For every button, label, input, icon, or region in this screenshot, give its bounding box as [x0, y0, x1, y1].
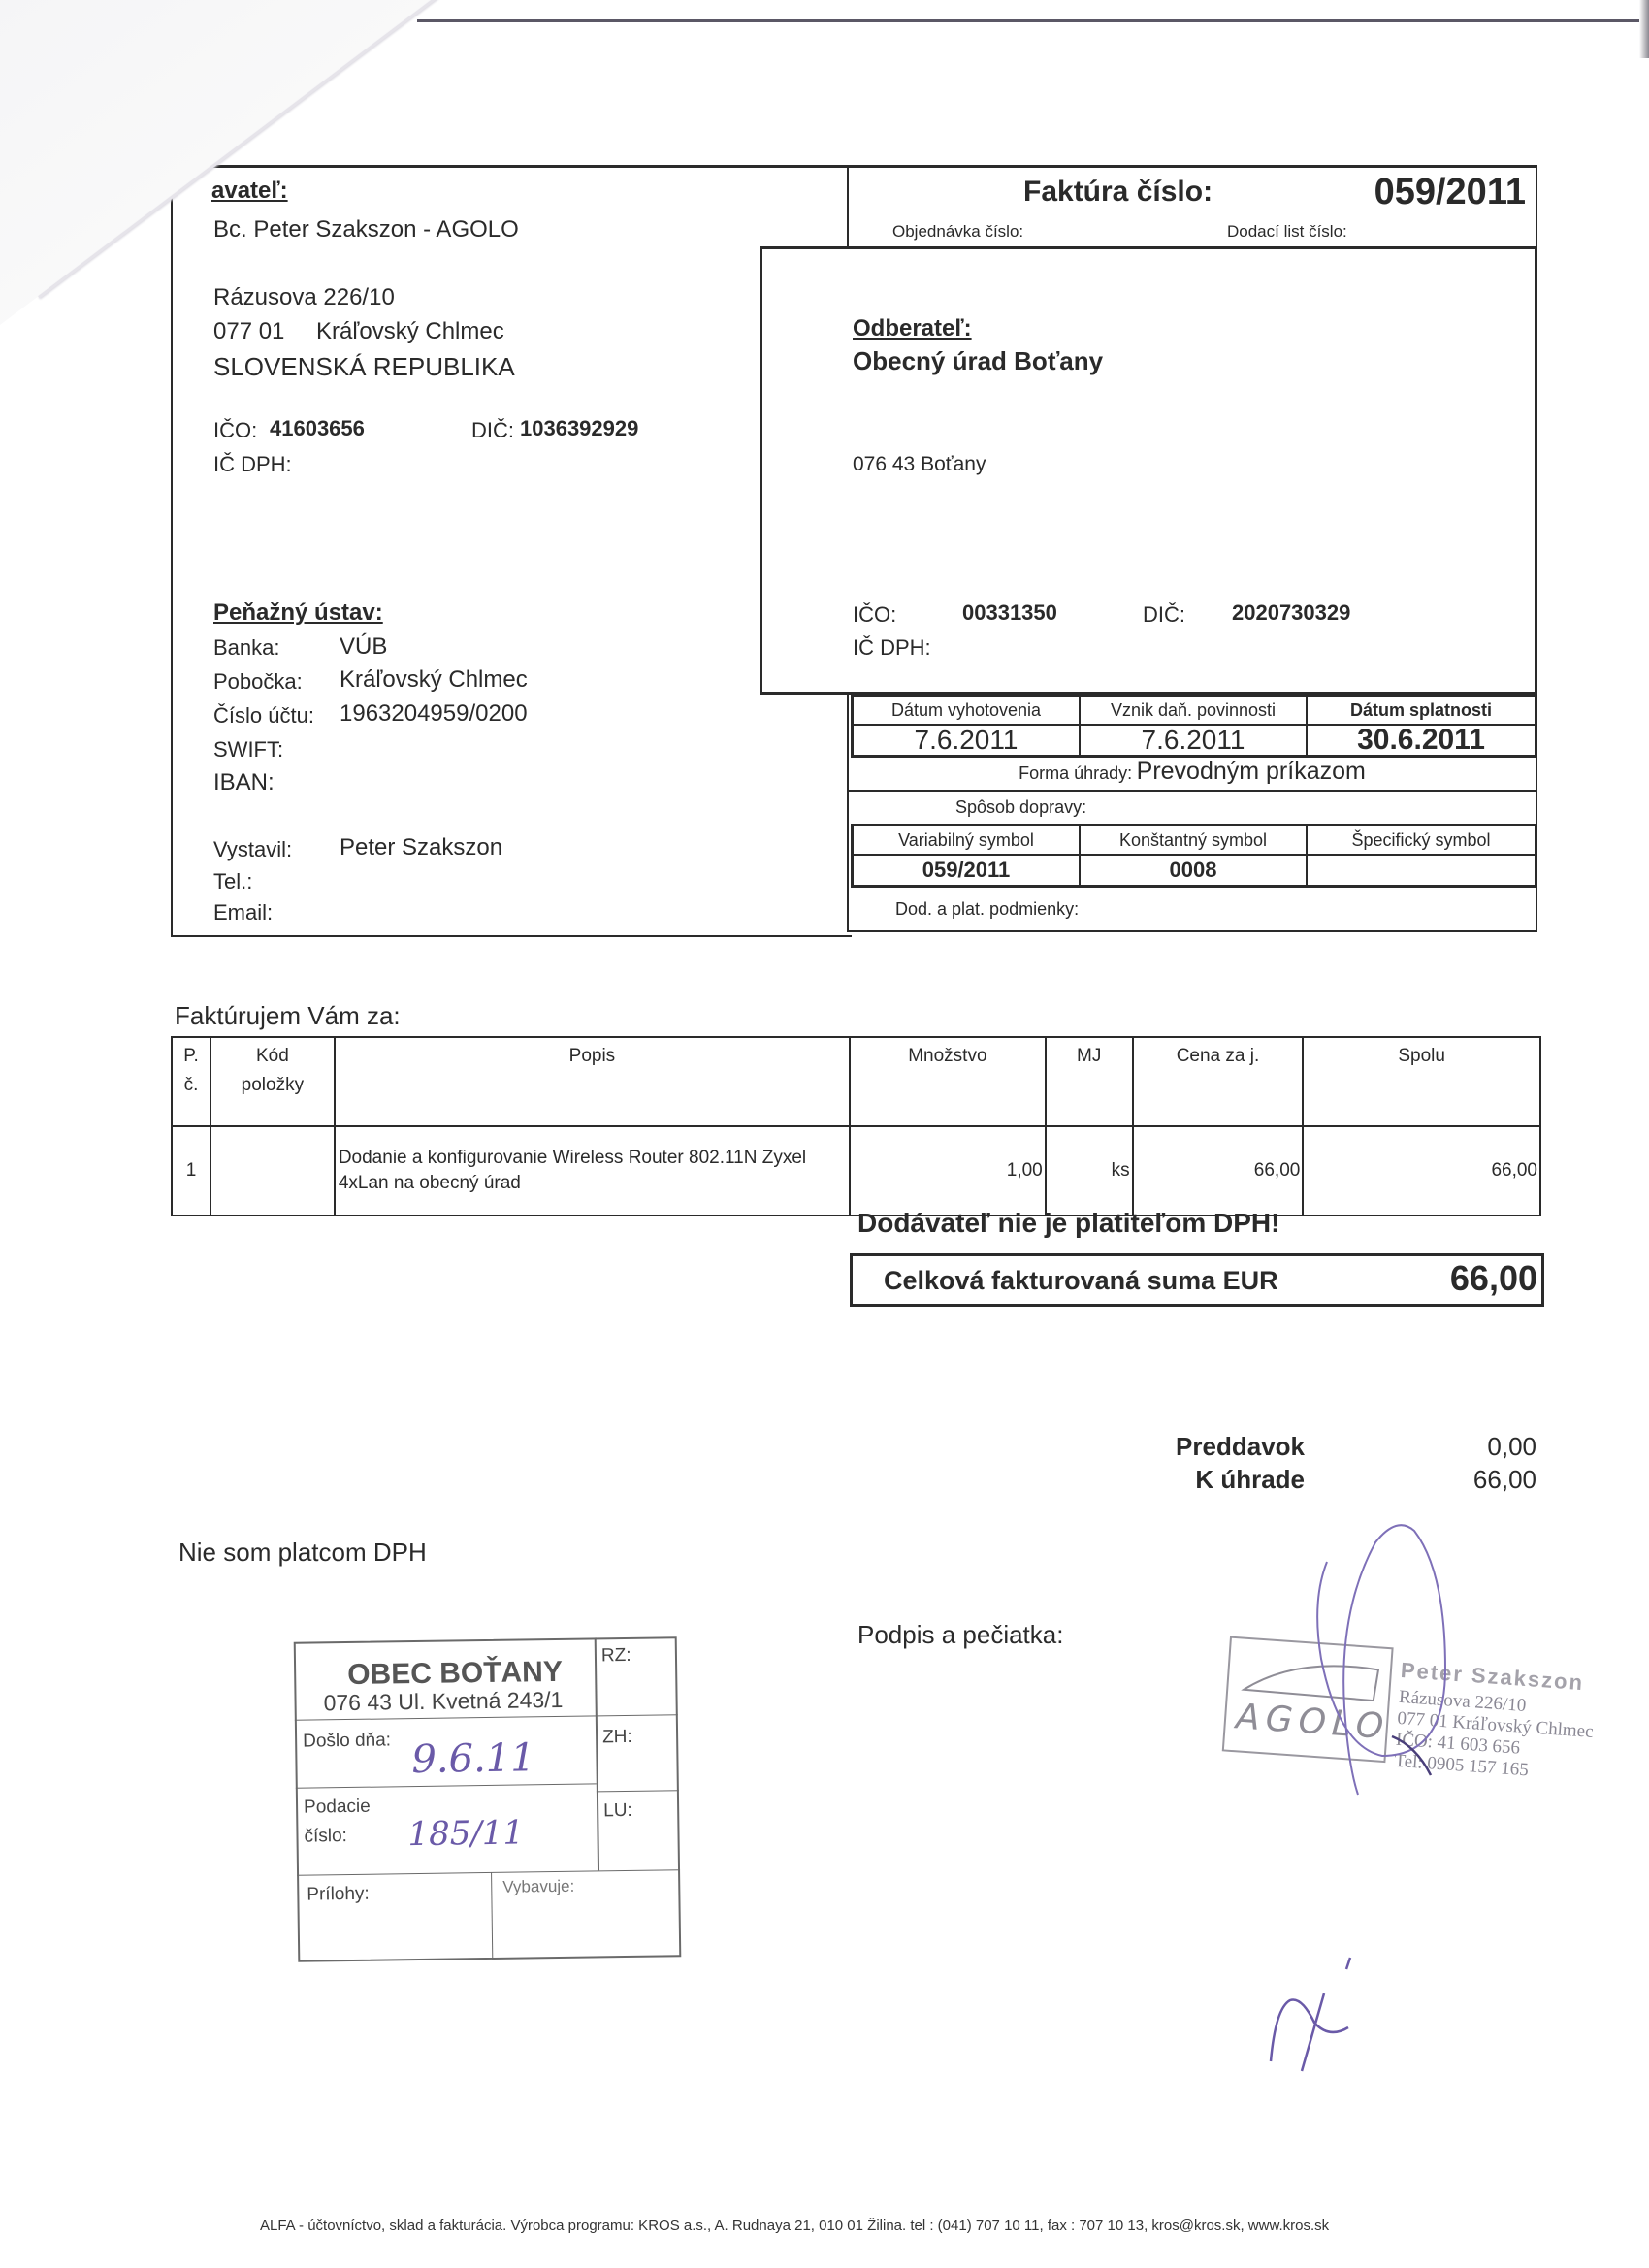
swift-label: SWIFT:: [213, 737, 283, 762]
total-box: Celková fakturovaná suma EUR 66,00: [850, 1253, 1544, 1307]
footer-software-note: ALFA - účtovníctvo, sklad a fakturácia. …: [260, 2218, 1329, 2234]
payment-method: Prevodným príkazom: [1137, 758, 1366, 785]
supplier-dic-label: DIČ:: [471, 418, 514, 443]
supplier-ico-label: IČO:: [213, 418, 257, 443]
col-header-quantity: Množstvo: [850, 1037, 1046, 1126]
supplier-dic: 1036392929: [520, 416, 638, 441]
bank-name: VÚB: [339, 633, 387, 661]
customer-heading: Odberateľ:: [853, 315, 972, 342]
tax-date: 7.6.2011: [1081, 726, 1308, 755]
items-table: P.č. Kódpoložky Popis Množstvo MJ Cena z…: [171, 1036, 1541, 1216]
symbols-block: Variabilný symbol Konštantný symbol Špec…: [851, 824, 1537, 888]
constant-symbol: 0008: [1081, 856, 1308, 885]
invoice-header: Faktúra číslo: 059/2011 Objednávka číslo…: [847, 165, 1537, 246]
issue-date: 7.6.2011: [854, 726, 1081, 755]
item-unit: ks: [1046, 1126, 1133, 1215]
transport-row: Spôsob dopravy:: [849, 792, 1536, 824]
dates-block: Dátum vyhotovenia Vznik daň. povinnosti …: [851, 694, 1537, 758]
col-header-no: P.č.: [172, 1037, 210, 1126]
supplier-ico: 41603656: [270, 416, 365, 441]
specific-symbol-label: Špecifický symbol: [1308, 826, 1535, 854]
item-code: [210, 1126, 335, 1215]
advance-label: Preddavok: [1169, 1432, 1305, 1462]
variable-symbol: 059/2011: [854, 856, 1081, 885]
col-header-unit: MJ: [1046, 1037, 1133, 1126]
to-pay-label: K úhrade: [1169, 1465, 1305, 1495]
specific-symbol: [1308, 856, 1535, 885]
supplier-country: SLOVENSKÁ REPUBLIKA: [213, 352, 515, 382]
stamp-received-date: 9.6.11: [411, 1735, 535, 1782]
col-header-total: Spolu: [1303, 1037, 1540, 1126]
customer-dic-label: DIČ:: [1143, 602, 1185, 628]
issue-date-label: Dátum vyhotovenia: [854, 697, 1081, 724]
bank-label: Banka:: [213, 635, 280, 661]
customer-dic: 2020730329: [1232, 600, 1350, 626]
table-row: 1 Dodanie a konfigurovanie Wireless Rout…: [172, 1126, 1540, 1215]
stamp-filing-label-2: číslo:: [304, 1826, 347, 1848]
col-header-description: Popis: [335, 1037, 850, 1126]
transport-label: Spôsob dopravy:: [955, 797, 1086, 818]
iban-label: IBAN:: [213, 769, 275, 796]
variable-symbol-label: Variabilný symbol: [854, 826, 1081, 854]
supplier-street: Rázusova 226/10: [213, 284, 395, 311]
col-header-code: Kódpoložky: [210, 1037, 335, 1126]
stamp-address: 076 43 Ul. Kvetná 243/1: [323, 1687, 563, 1716]
due-date: 30.6.2011: [1308, 726, 1535, 755]
supplier-city: Kráľovský Chlmec: [316, 318, 504, 345]
supplier-heading: avateľ:: [211, 178, 288, 205]
items-intro: Faktúrujem Vám za:: [175, 1001, 401, 1031]
customer-address: 076 43 Boťany: [853, 453, 986, 476]
stamp-rz-label: RZ:: [601, 1644, 669, 1667]
vat-note: Dodávateľ nie je platiteľom DPH!: [857, 1208, 1279, 1239]
advance-amount: 0,00: [1377, 1432, 1536, 1462]
col-header-unit-price: Cena za j.: [1133, 1037, 1304, 1126]
customer-section: Odberateľ: Obecný úrad Boťany 076 43 Boť…: [760, 246, 1537, 695]
conditions-label: Dod. a plat. podmienky:: [895, 899, 1079, 920]
item-quantity: 1,00: [850, 1126, 1046, 1215]
stamp-filing-label-1: Podacie: [304, 1797, 371, 1819]
email-label: Email:: [213, 900, 273, 925]
to-pay-amount: 66,00: [1377, 1465, 1536, 1495]
total-label: Celková fakturovaná suma EUR: [884, 1266, 1278, 1296]
stamp-zh-label: ZH:: [602, 1726, 670, 1748]
item-no: 1: [172, 1126, 210, 1215]
due-date-label: Dátum splatnosti: [1308, 697, 1535, 724]
stamp-received-label: Došlo dňa:: [303, 1730, 391, 1752]
invoice-number: 059/2011: [1374, 172, 1526, 213]
payment-method-row: Forma úhrady: Prevodným príkazom: [849, 758, 1536, 792]
signature-label: Podpis a pečiatka:: [857, 1620, 1063, 1650]
issued-by: Peter Szakszon: [339, 834, 502, 861]
scan-top-edge: [417, 19, 1639, 22]
supplier-section: avateľ: Bc. Peter Szakszon - AGOLO Rázus…: [171, 165, 852, 937]
items-header-row: P.č. Kódpoložky Popis Množstvo MJ Cena z…: [172, 1037, 1540, 1126]
customer-ico-label: IČO:: [853, 602, 896, 628]
item-total: 66,00: [1303, 1126, 1540, 1215]
bank-heading: Peňažný ústav:: [213, 599, 383, 627]
order-number-label: Objednávka číslo:: [892, 222, 1023, 242]
tel-label: Tel.:: [213, 869, 252, 894]
delivery-note-label: Dodací list číslo:: [1227, 222, 1347, 242]
branch-label: Pobočka:: [213, 669, 303, 695]
handwritten-signature-icon: [1300, 1513, 1494, 1804]
account-number: 1963204959/0200: [339, 700, 528, 728]
supplier-zip: 077 01: [213, 318, 284, 345]
stamp-handles-label: Vybavuje:: [502, 1877, 574, 1897]
tax-date-label: Vznik daň. povinnosti: [1081, 697, 1308, 724]
invoice-title-label: Faktúra číslo:: [1023, 176, 1212, 209]
issued-by-label: Vystavil:: [213, 837, 292, 862]
item-description: Dodanie a konfigurovanie Wireless Router…: [335, 1126, 850, 1215]
scan-right-edge: [1639, 0, 1649, 58]
item-unit-price: 66,00: [1133, 1126, 1304, 1215]
supplier-icdph-label: IČ DPH:: [213, 452, 292, 477]
constant-symbol-label: Konštantný symbol: [1081, 826, 1308, 854]
handwritten-initials-icon: [1261, 1950, 1377, 2076]
total-amount: 66,00: [1450, 1258, 1537, 1299]
account-label: Číslo účtu:: [213, 703, 314, 729]
stamp-attachments-label: Prílohy:: [307, 1884, 370, 1906]
payment-details-grid: Dátum vyhotovenia Vznik daň. povinnosti …: [847, 694, 1537, 932]
stamp-lu-label: LU:: [603, 1799, 671, 1822]
stamp-filing-number: 185/11: [407, 1813, 524, 1854]
payment-method-label: Forma úhrady:: [1018, 763, 1132, 783]
not-vat-payer-note: Nie som platcom DPH: [178, 1538, 427, 1568]
branch-name: Kráľovský Chlmec: [339, 666, 528, 694]
customer-name: Obecný úrad Boťany: [853, 346, 1103, 376]
receipt-stamp: OBEC BOŤANY 076 43 Ul. Kvetná 243/1 RZ: …: [294, 1636, 682, 1961]
customer-ico: 00331350: [962, 600, 1057, 626]
customer-icdph-label: IČ DPH:: [853, 635, 931, 661]
supplier-name: Bc. Peter Szakszon - AGOLO: [213, 216, 519, 243]
